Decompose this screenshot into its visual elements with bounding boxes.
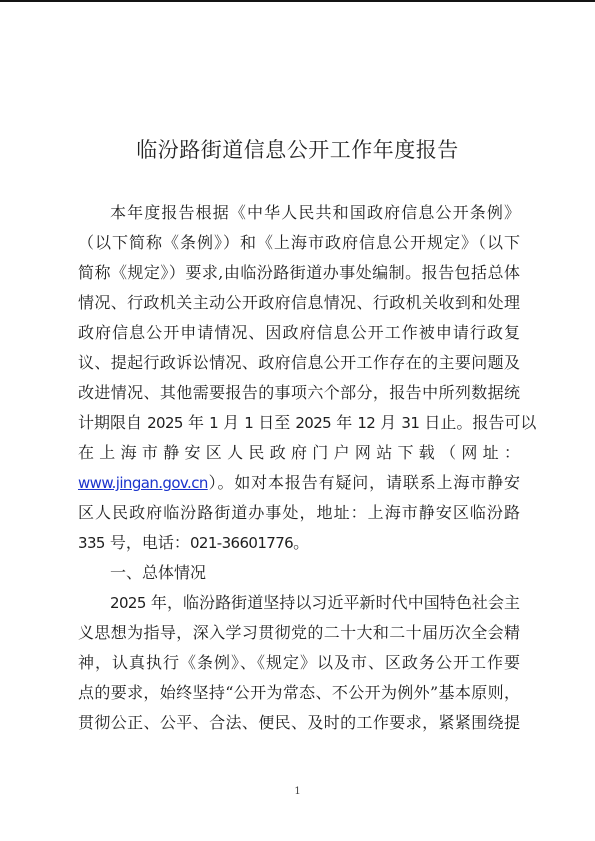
period-text: 年 [331,413,357,432]
overview-year: 2025 [110,594,146,612]
phone-label: 号，电话： [105,533,190,552]
period-text: 日止。报告可以 [419,413,536,432]
document-body: 本年度报告根据《中华人民共和国政府信息公开条例》 （以下简称《条例》）和《上海市… [78,198,520,738]
page-number: 1 [0,786,595,797]
intro-line-5: 政府信息公开申请情况、因政府信息公开工作被申请行政复 [78,318,520,348]
overview-line-5: 贯彻公正、公平、合法、便民、及时的工作要求，紧紧围绕提 [78,708,520,738]
overview-line-1: 2025 年，临汾路街道坚持以习近平新时代中国特色社会主 [78,588,520,618]
website-link[interactable]: www.jingan.gov.cn [78,474,208,492]
start-month: 1 [209,414,218,432]
period-text: 月 [375,413,401,432]
end-month: 12 [357,414,375,432]
start-year: 2025 [147,414,183,432]
overview-line-4: 点的要求，始终坚持“公开为常态、不公开为例外”基本原则， [78,678,520,708]
overview-line-3: 神，认真执行《条例》、《规定》以及市、区政务公开工作要 [78,648,520,678]
phone-end: 。 [293,533,309,552]
phone-line: 335 号，电话：021-36601776。 [78,528,520,558]
download-line: 在上海市静安区人民政府门户网站下载（网址： [78,438,520,468]
end-day: 31 [401,414,419,432]
intro-line-1: 本年度报告根据《中华人民共和国政府信息公开条例》 [78,198,520,228]
intro-line-6: 议、提起行政诉讼情况、政府信息公开工作存在的主要问题及 [78,348,520,378]
street-number: 335 [78,534,105,552]
end-year: 2025 [295,414,331,432]
period-text: 计期限自 [78,413,147,432]
period-text: 年 [183,413,209,432]
intro-line-7: 改进情况、其他需要报告的事项六个部分，报告中所列数据统 [78,378,520,408]
website-line-text: ）。如对本报告有疑问，请联系上海市静安 [208,473,520,492]
start-day: 1 [244,414,253,432]
statistics-period-line: 计期限自 2025 年 1 月 1 日至 2025 年 12 月 31 日止。报… [78,408,520,438]
intro-line-4: 情况、行政机关主动公开政府信息情况、行政机关收到和处理 [78,288,520,318]
contact-address-line: 区人民政府临汾路街道办事处，地址：上海市静安区临汾路 [78,498,520,528]
intro-line-2: （以下简称《条例》）和《上海市政府信息公开规定》（以下 [78,228,520,258]
phone-number: 021-36601776 [190,534,293,552]
period-text: 日至 [253,413,295,432]
overview-line-1-text: 年，临汾路街道坚持以习近平新时代中国特色社会主 [146,593,520,612]
section-heading-overview: 一、总体情况 [78,558,520,588]
period-text: 月 [218,413,244,432]
website-line: www.jingan.gov.cn）。如对本报告有疑问，请联系上海市静安 [78,468,520,498]
top-border-line [0,0,595,2]
overview-line-2: 义思想为指导，深入学习贯彻党的二十大和二十届历次全会精 [78,618,520,648]
document-title: 临汾路街道信息公开工作年度报告 [0,134,595,164]
intro-line-3: 简称《规定》）要求,由临汾路街道办事处编制。报告包括总体 [78,258,520,288]
